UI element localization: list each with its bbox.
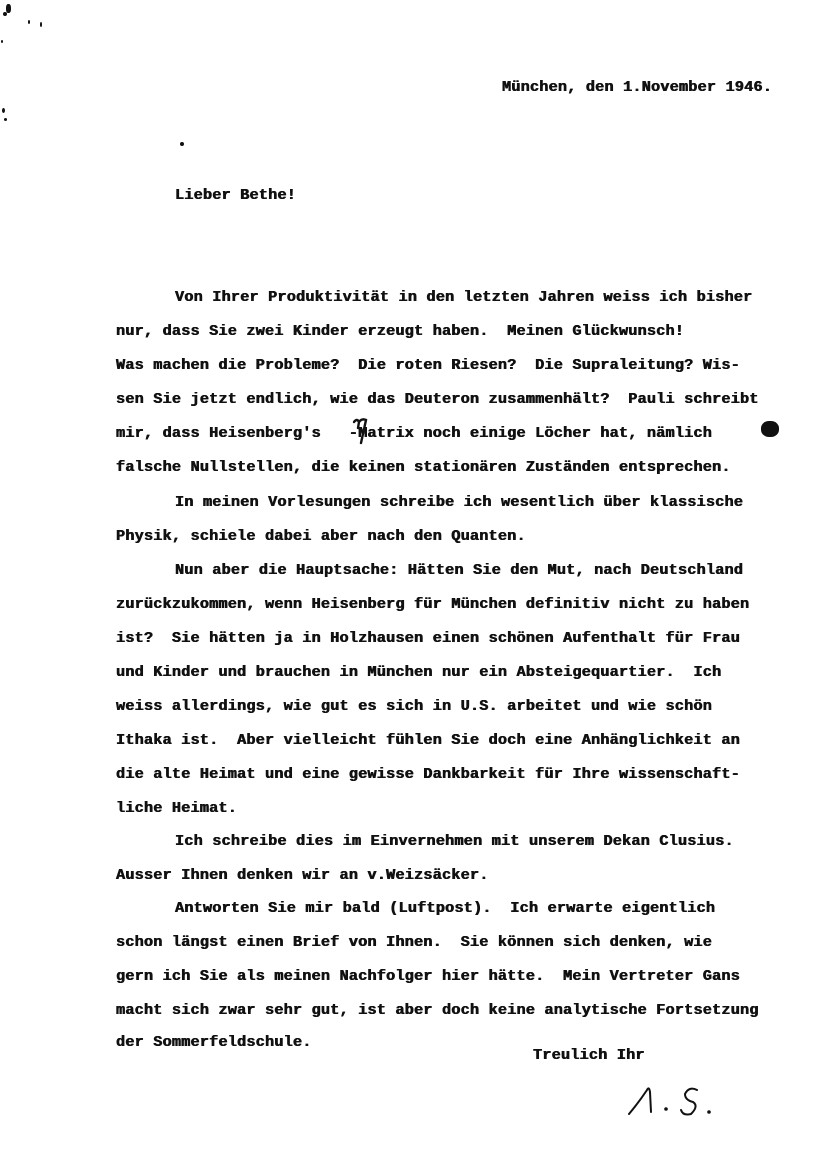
text-line: macht sich zwar sehr gut, ist aber doch … bbox=[116, 1001, 759, 1019]
closing: Treulich Ihr bbox=[533, 1046, 645, 1064]
text-line: und Kinder und brauchen in München nur e… bbox=[116, 663, 721, 681]
letter-page: München, den 1.November 1946. Lieber Bet… bbox=[0, 0, 831, 1169]
text-line: zurückzukommen, wenn Heisenberg für Münc… bbox=[116, 595, 749, 613]
text-line: Von Ihrer Produktivität in den letzten J… bbox=[175, 288, 752, 306]
scan-artifact bbox=[3, 12, 7, 16]
dateline: München, den 1.November 1946. bbox=[502, 78, 772, 96]
scan-artifact bbox=[4, 118, 7, 121]
scan-artifact bbox=[40, 22, 42, 27]
text-line: sen Sie jetzt endlich, wie das Deuteron … bbox=[116, 390, 759, 408]
text-line: Nun aber die Hauptsache: Hätten Sie den … bbox=[175, 561, 743, 579]
text-line: gern ich Sie als meinen Nachfolger hier … bbox=[116, 967, 740, 985]
scan-artifact bbox=[6, 4, 11, 13]
text-line: weiss allerdings, wie gut es sich in U.S… bbox=[116, 697, 712, 715]
scan-artifact bbox=[1, 40, 3, 43]
salutation: Lieber Bethe! bbox=[175, 186, 296, 204]
text-line: mir, dass Heisenberg's -Matrix noch eini… bbox=[116, 424, 712, 442]
handwritten-eta-symbol bbox=[352, 416, 372, 446]
text-line: Ithaka ist. Aber vielleicht fühlen Sie d… bbox=[116, 731, 740, 749]
handwritten-signature bbox=[625, 1082, 725, 1122]
text-line: liche Heimat. bbox=[116, 799, 237, 817]
text-line: Physik, schiele dabei aber nach den Quan… bbox=[116, 527, 526, 545]
scan-artifact bbox=[2, 108, 5, 113]
scan-artifact bbox=[180, 142, 184, 146]
text-line: In meinen Vorlesungen schreibe ich wesen… bbox=[175, 493, 743, 511]
text-line: Was machen die Probleme? Die roten Riese… bbox=[116, 356, 740, 374]
text-line: falsche Nullstellen, die keinen stationä… bbox=[116, 458, 731, 476]
text-line: die alte Heimat und eine gewisse Dankbar… bbox=[116, 765, 740, 783]
text-line: schon längst einen Brief von Ihnen. Sie … bbox=[116, 933, 712, 951]
scan-artifact bbox=[28, 20, 30, 24]
ink-correction-mark bbox=[761, 421, 779, 437]
text-line: Antworten Sie mir bald (Luftpost). Ich e… bbox=[175, 899, 715, 917]
text-line: ist? Sie hätten ja in Holzhausen einen s… bbox=[116, 629, 740, 647]
text-line: nur, dass Sie zwei Kinder erzeugt haben.… bbox=[116, 322, 684, 340]
text-line: Ich schreibe dies im Einvernehmen mit un… bbox=[175, 832, 734, 850]
text-line: Ausser Ihnen denken wir an v.Weizsäcker. bbox=[116, 866, 489, 884]
text-line: der Sommerfeldschule. bbox=[116, 1033, 312, 1051]
